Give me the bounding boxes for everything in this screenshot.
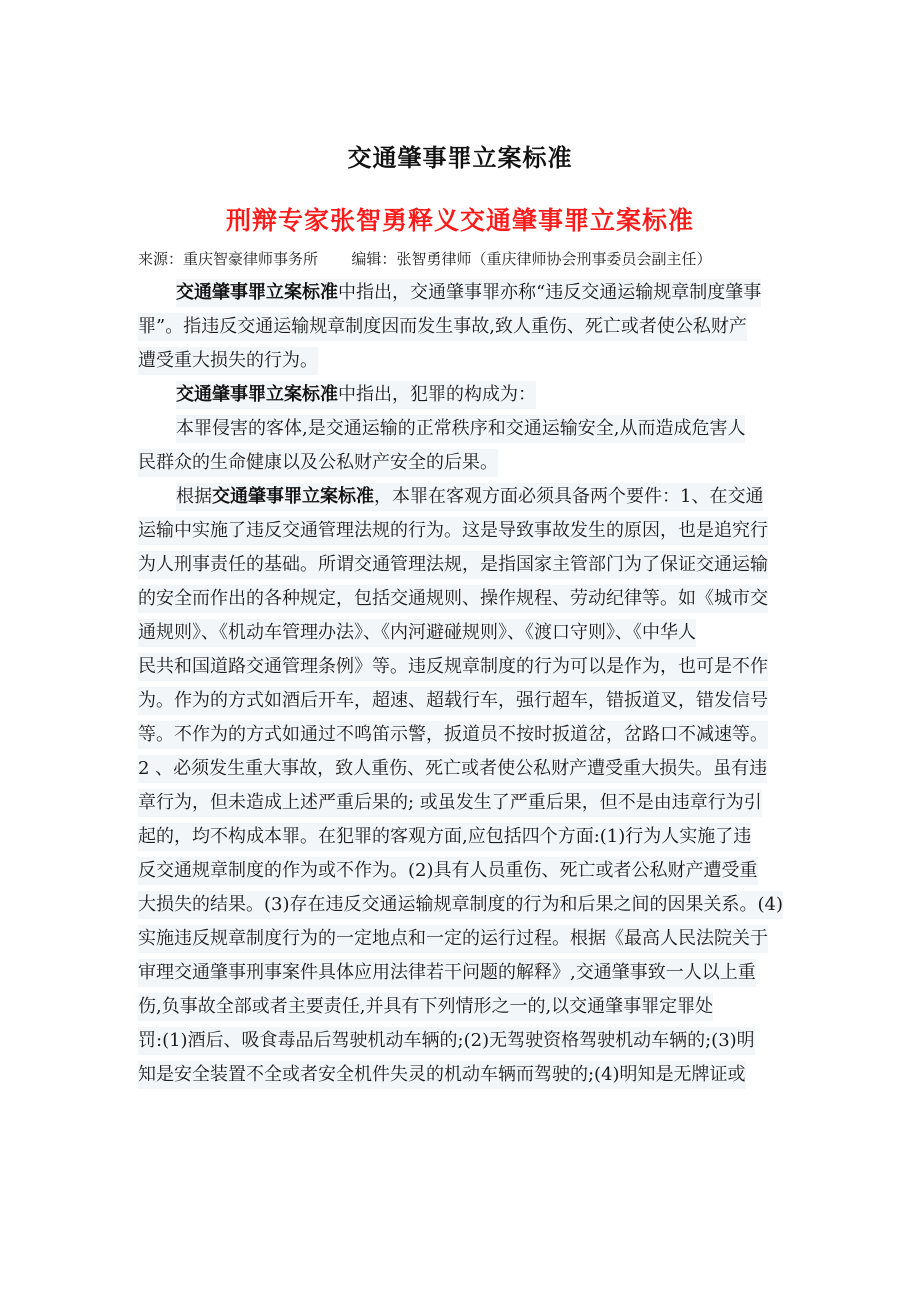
editor-label: 编辑：	[351, 250, 396, 268]
text-line: 交通肇事罪立案标准中指出，交通肇事罪亦称“违反交通运输规章制度肇事	[138, 276, 798, 310]
line-text: 民群众的生命健康以及公私财产安全的后果。	[138, 449, 498, 477]
line-text: 伤,负事故全部或者主要责任,并具有下列情形之一的,以交通肇事罪定罪处	[138, 993, 713, 1021]
text-line: 为。作为的方式如酒后开车，超速、超载行车，强行超车，错扳道叉，错发信号	[138, 684, 798, 718]
source-value: 重庆智豪律师事务所	[183, 250, 318, 268]
line-text: 为。作为的方式如酒后开车，超速、超载行车，强行超车，错扳道叉，错发信号	[138, 687, 768, 715]
document-body: 交通肇事罪立案标准中指出，交通肇事罪亦称“违反交通运输规章制度肇事罪”。指违反交…	[138, 276, 798, 1092]
text-line: 的安全而作出的各种规定，包括交通规则、操作规程、劳动纪律等。如《城市交	[138, 582, 798, 616]
text-line: 知是安全装置不全或者安全机件失灵的机动车辆而驾驶的;(4)明知是无牌证或	[138, 1058, 798, 1092]
text-line: 等。不作为的方式如通过不鸣笛示警，扳道员不按时扳道岔，岔路口不减速等。	[138, 718, 798, 752]
text-line: 本罪侵害的客体,是交通运输的正常秩序和交通运输安全,从而造成危害人	[138, 412, 798, 446]
line-text: 的安全而作出的各种规定，包括交通规则、操作规程、劳动纪律等。如《城市交	[138, 585, 768, 613]
editor-value: 张智勇律师（重庆律师协会刑事委员会副主任）	[396, 250, 711, 268]
line-text: 交通肇事罪立案标准中指出，犯罪的构成为：	[176, 381, 536, 409]
keyword-bold: 交通肇事罪立案标准	[212, 486, 374, 507]
text-line: 大损失的结果。(3)存在违反交通运输规章制度的行为和后果之间的因果关系。(4)	[138, 888, 798, 922]
text-line: 民共和国道路交通管理条例》等。违反规章制度的行为可以是作为，也可是不作	[138, 650, 798, 684]
document-page: 交通肇事罪立案标准 刑辩专家张智勇释义交通肇事罪立案标准 来源：重庆智豪律师事务…	[0, 0, 920, 1302]
line-text: 为人刑事责任的基础。所谓交通管理法规，是指国家主管部门为了保证交通运输	[138, 551, 768, 579]
document-subtitle: 刑辩专家张智勇释义交通肇事罪立案标准	[0, 201, 920, 237]
text-line: 起的，均不构成本罪。在犯罪的客观方面,应包括四个方面:(1)行为人实施了违	[138, 820, 798, 854]
line-text: 罚:(1)酒后、吸食毒品后驾驶机动车辆的;(2)无驾驶资格驾驶机动车辆的;(3)…	[138, 1027, 755, 1055]
line-text: 实施违反规章制度行为的一定地点和一定的运行过程。根据《最高人民法院关于	[138, 925, 768, 953]
document-meta: 来源：重庆智豪律师事务所 编辑：张智勇律师（重庆律师协会刑事委员会副主任）	[138, 248, 711, 269]
text-line: 审理交通肇事刑事案件具体应用法律若干问题的解释》,交通肇事致一人以上重	[138, 956, 798, 990]
text-line: 根据交通肇事罪立案标准，本罪在客观方面必须具备两个要件：1、在交通	[138, 480, 798, 514]
text-line: 伤,负事故全部或者主要责任,并具有下列情形之一的,以交通肇事罪定罪处	[138, 990, 798, 1024]
line-text: 知是安全装置不全或者安全机件失灵的机动车辆而驾驶的;(4)明知是无牌证或	[138, 1061, 746, 1089]
text-line: 为人刑事责任的基础。所谓交通管理法规，是指国家主管部门为了保证交通运输	[138, 548, 798, 582]
text-line: 罪”。指违反交通运输规章制度因而发生事故,致人重伤、死亡或者使公私财产	[138, 310, 798, 344]
text-line: 遭受重大损失的行为。	[138, 344, 798, 378]
line-text: 根据交通肇事罪立案标准，本罪在客观方面必须具备两个要件：1、在交通	[176, 483, 763, 511]
line-text: 大损失的结果。(3)存在违反交通运输规章制度的行为和后果之间的因果关系。(4)	[138, 891, 783, 919]
text-line: 2 、必须发生重大事故，致人重伤、死亡或者使公私财产遭受重大损失。虽有违	[138, 752, 798, 786]
line-text: 民共和国道路交通管理条例》等。违反规章制度的行为可以是作为，也可是不作	[138, 653, 768, 681]
line-text: 本罪侵害的客体,是交通运输的正常秩序和交通运输安全,从而造成危害人	[176, 415, 745, 443]
line-text: 起的，均不构成本罪。在犯罪的客观方面,应包括四个方面:(1)行为人实施了违	[138, 823, 751, 851]
line-text: 遭受重大损失的行为。	[138, 347, 318, 375]
keyword-bold: 交通肇事罪立案标准	[176, 282, 338, 303]
keyword-bold: 交通肇事罪立案标准	[176, 384, 338, 405]
line-text: 罪”。指违反交通运输规章制度因而发生事故,致人重伤、死亡或者使公私财产	[138, 313, 747, 341]
line-text: 交通肇事罪立案标准中指出，交通肇事罪亦称“违反交通运输规章制度肇事	[176, 279, 761, 307]
text-line: 民群众的生命健康以及公私财产安全的后果。	[138, 446, 798, 480]
text-line: 交通肇事罪立案标准中指出，犯罪的构成为：	[138, 378, 798, 412]
line-text: 反交通规章制度的作为或不作为。(2)具有人员重伤、死亡或者公私财产遭受重	[138, 857, 758, 885]
source-label: 来源：	[138, 250, 183, 268]
text-line: 反交通规章制度的作为或不作为。(2)具有人员重伤、死亡或者公私财产遭受重	[138, 854, 798, 888]
line-text: 运输中实施了违反交通管理法规的行为。这是导致事故发生的原因，也是追究行	[138, 517, 768, 545]
text-line: 通规则》、《机动车管理办法》、《内河避碰规则》、《渡口守则》、《中华人	[138, 616, 798, 650]
line-text: 通规则》、《机动车管理办法》、《内河避碰规则》、《渡口守则》、《中华人	[138, 619, 696, 647]
line-text: 审理交通肇事刑事案件具体应用法律若干问题的解释》,交通肇事致一人以上重	[138, 959, 756, 987]
document-title: 交通肇事罪立案标准	[0, 138, 920, 173]
line-text: 等。不作为的方式如通过不鸣笛示警，扳道员不按时扳道岔，岔路口不减速等。	[138, 721, 768, 749]
text-line: 运输中实施了违反交通管理法规的行为。这是导致事故发生的原因，也是追究行	[138, 514, 798, 548]
text-line: 实施违反规章制度行为的一定地点和一定的运行过程。根据《最高人民法院关于	[138, 922, 798, 956]
line-text: 章行为，但未造成上述严重后果的; 或虽发生了严重后果，但不是由违章行为引	[138, 789, 762, 817]
text-line: 章行为，但未造成上述严重后果的; 或虽发生了严重后果，但不是由违章行为引	[138, 786, 798, 820]
line-text: 2 、必须发生重大事故，致人重伤、死亡或者使公私财产遭受重大损失。虽有违	[138, 755, 767, 783]
text-line: 罚:(1)酒后、吸食毒品后驾驶机动车辆的;(2)无驾驶资格驾驶机动车辆的;(3)…	[138, 1024, 798, 1058]
